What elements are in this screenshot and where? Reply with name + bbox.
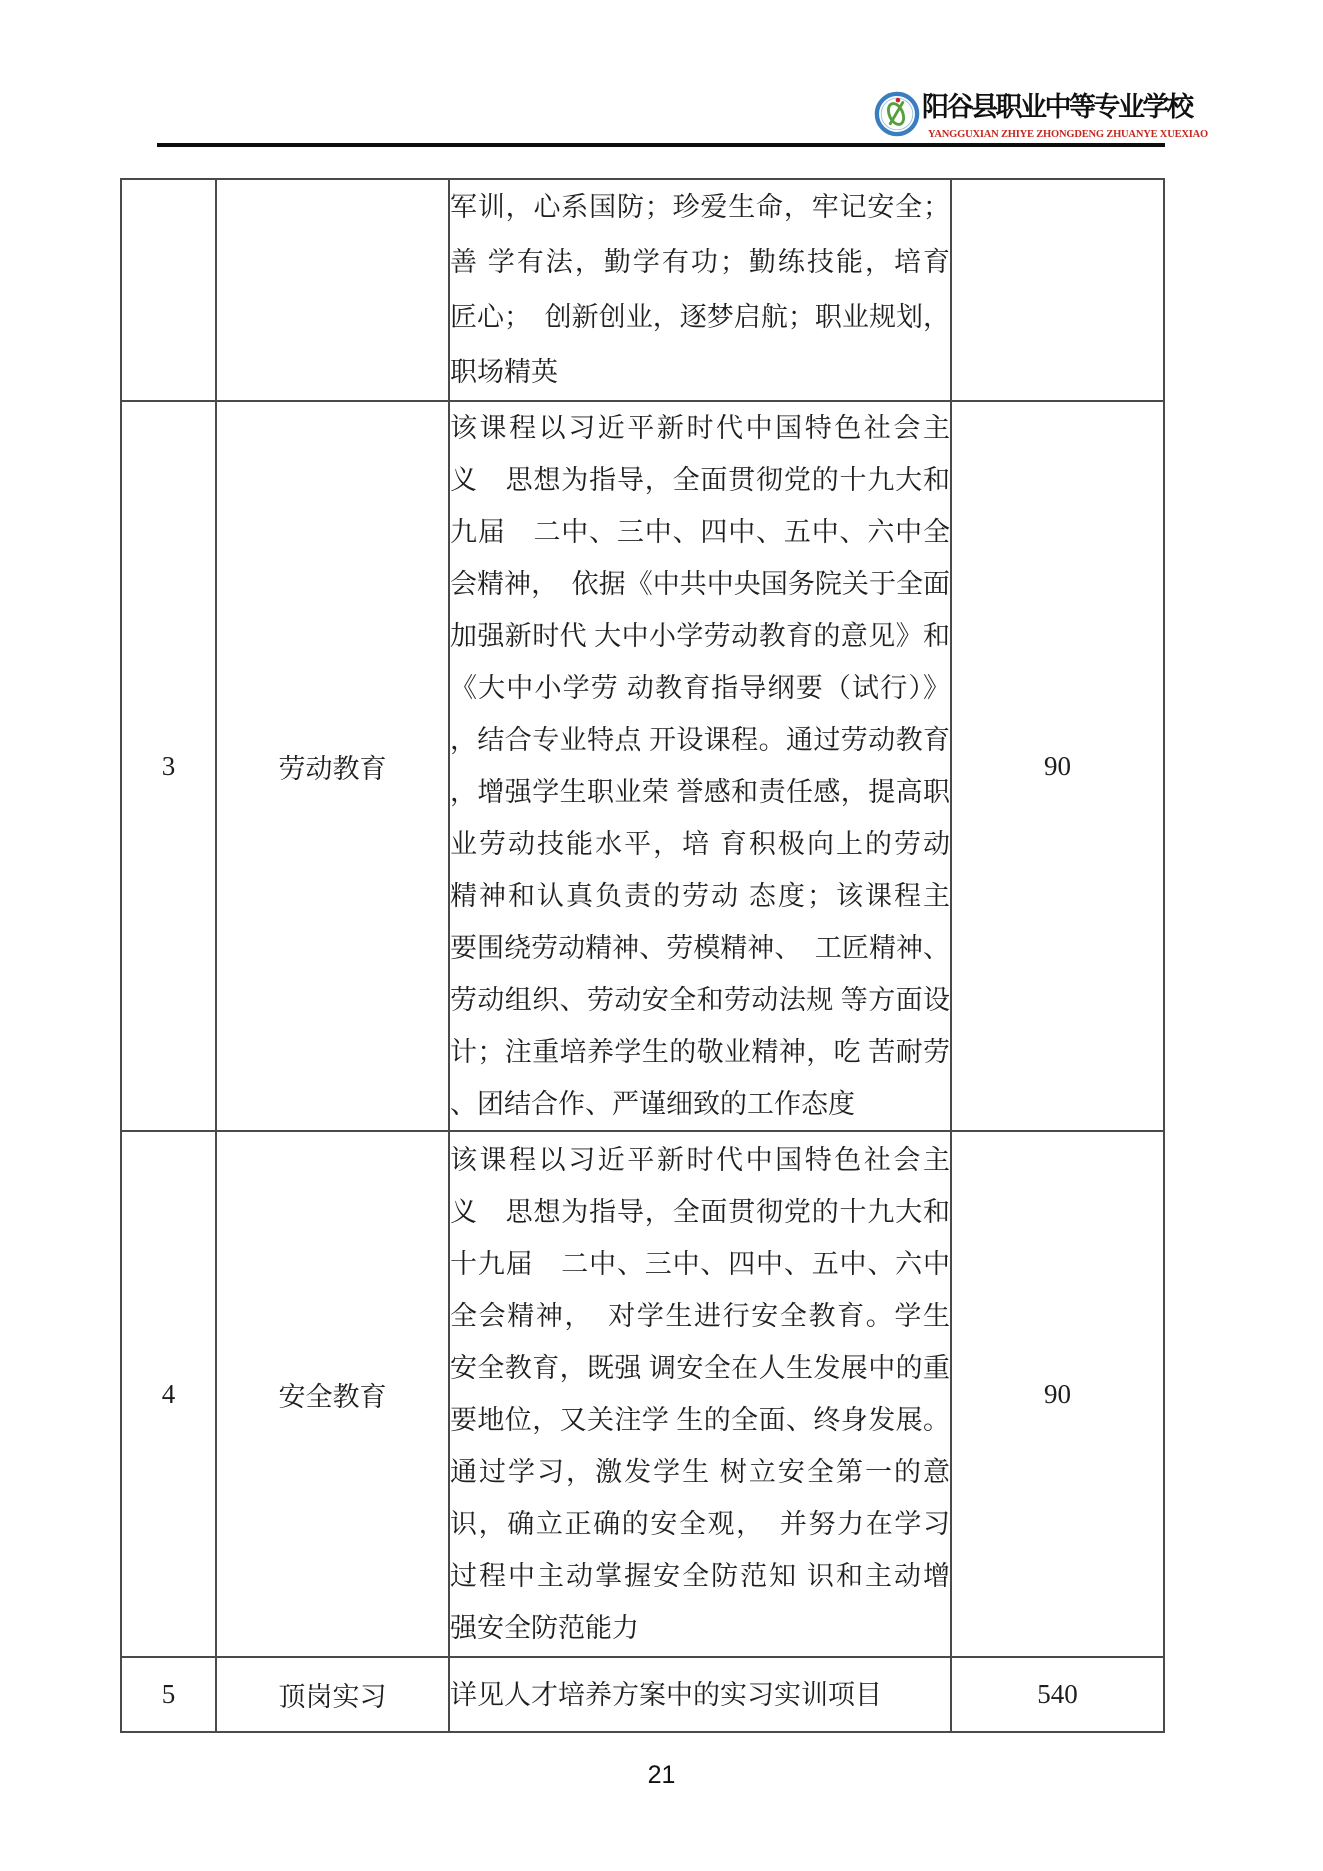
course-description-cell: 该课程以习近平新时代中国特色社会主义 思想为指导，全面贯彻党的十九大和十九届 二… <box>449 401 951 1131</box>
course-row: 4安全教育该课程以习近平新时代中国特色社会主义 思想为指导，全面贯彻党的十九大和… <box>121 1131 1164 1657</box>
description-line: 详见人才培养方案中的实习实训项目 <box>450 1669 950 1721</box>
row-number-cell: 5 <box>121 1657 216 1732</box>
description-line: 精神和认真负责的劳动 态度；该课程主 <box>450 870 950 922</box>
school-logo-icon <box>874 91 920 137</box>
course-description-cell: 该课程以习近平新时代中国特色社会主义 思想为指导，全面贯彻党的十九大和十九届 二… <box>449 1131 951 1657</box>
description-line: 军训，心系国防；珍爱生命，牢记安全； <box>450 180 950 235</box>
school-name-english: YANGGUXIAN ZHIYE ZHONGDENG ZHUANYE XUEXI… <box>928 127 1164 143</box>
course-name-cell <box>216 179 449 401</box>
description-line: 匠心； 创新创业，逐梦启航；职业规划， <box>450 290 950 345</box>
description-line: 要围绕劳动精神、劳模精神、 工匠精神、 <box>450 922 950 974</box>
description-line: 职场精英 <box>450 345 950 400</box>
course-name-cell: 顶岗实习 <box>216 1657 449 1732</box>
hours-cell: 90 <box>951 1131 1164 1657</box>
description-line: 义 思想为指导，全面贯彻党的十九大和十 <box>450 454 950 506</box>
description-line: 通过学习，激发学生 树立安全第一的意 <box>450 1446 950 1498</box>
description-line: 善 学有法，勤学有功；勤练技能，培育 <box>450 235 950 290</box>
description-line: 劳动组织、劳动安全和劳动法规 等方面设 <box>450 974 950 1026</box>
description-line: 十九届 二中、三中、四中、五中、六中 <box>450 1238 950 1290</box>
header-divider-rule <box>157 143 1165 147</box>
course-row: 5顶岗实习详见人才培养方案中的实习实训项目540 <box>121 1657 1164 1732</box>
course-row: 3劳动教育该课程以习近平新时代中国特色社会主义 思想为指导，全面贯彻党的十九大和… <box>121 401 1164 1131</box>
hours-cell: 90 <box>951 401 1164 1131</box>
description-line: 要地位，又关注学 生的全面、终身发展。 <box>450 1394 950 1446</box>
description-line: ，增强学生职业荣 誉感和责任感，提高职 <box>450 766 950 818</box>
document-page: 阳谷县职业中等专业学校 YANGGUXIAN ZHIYE ZHONGDENG Z… <box>0 0 1323 1871</box>
row-number-cell: 4 <box>121 1131 216 1657</box>
description-line: ，结合专业特点 开设课程。通过劳动教育 <box>450 714 950 766</box>
hours-cell <box>951 179 1164 401</box>
description-line: 会精神， 依据《中共中央国务院关于全面 <box>450 558 950 610</box>
hours-cell: 540 <box>951 1657 1164 1732</box>
course-name-cell: 安全教育 <box>216 1131 449 1657</box>
course-table: 军训，心系国防；珍爱生命，牢记安全；善 学有法，勤学有功；勤练技能，培育匠心； … <box>120 178 1165 1733</box>
row-number-cell <box>121 179 216 401</box>
description-line: 过程中主动掌握安全防范知 识和主动增 <box>450 1550 950 1602</box>
page-number: 21 <box>0 1760 1323 1790</box>
description-line: 全会精神， 对学生进行安全教育。学生 <box>450 1290 950 1342</box>
row-number-cell: 3 <box>121 401 216 1131</box>
description-line: 识，确立正确的安全观， 并努力在学习 <box>450 1498 950 1550</box>
description-line: 义 思想为指导，全面贯彻党的十九大和 <box>450 1186 950 1238</box>
course-description-cell: 军训，心系国防；珍爱生命，牢记安全；善 学有法，勤学有功；勤练技能，培育匠心； … <box>449 179 951 401</box>
course-table-body: 军训，心系国防；珍爱生命，牢记安全；善 学有法，勤学有功；勤练技能，培育匠心； … <box>121 179 1164 1732</box>
school-name-chinese: 阳谷县职业中等专业学校 <box>922 88 1194 126</box>
description-line: 、团结合作、严谨细致的工作态度 <box>450 1078 950 1130</box>
description-line: 加强新时代 大中小学劳动教育的意见》和 <box>450 610 950 662</box>
course-name-cell: 劳动教育 <box>216 401 449 1131</box>
description-line: 业劳动技能水平，培 育积极向上的劳动 <box>450 818 950 870</box>
course-description-cell: 详见人才培养方案中的实习实训项目 <box>449 1657 951 1732</box>
description-line: 安全教育，既强 调安全在人生发展中的重 <box>450 1342 950 1394</box>
description-line: 该课程以习近平新时代中国特色社会主 <box>450 1134 950 1186</box>
description-line: 计；注重培养学生的敬业精神，吃 苦耐劳 <box>450 1026 950 1078</box>
description-line: 九届 二中、三中、四中、五中、六中全 <box>450 506 950 558</box>
course-row: 军训，心系国防；珍爱生命，牢记安全；善 学有法，勤学有功；勤练技能，培育匠心； … <box>121 179 1164 401</box>
description-line: 强安全防范能力 <box>450 1602 950 1654</box>
description-line: 该课程以习近平新时代中国特色社会主 <box>450 402 950 454</box>
description-line: 《大中小学劳 动教育指导纲要（试行）》 <box>450 662 950 714</box>
